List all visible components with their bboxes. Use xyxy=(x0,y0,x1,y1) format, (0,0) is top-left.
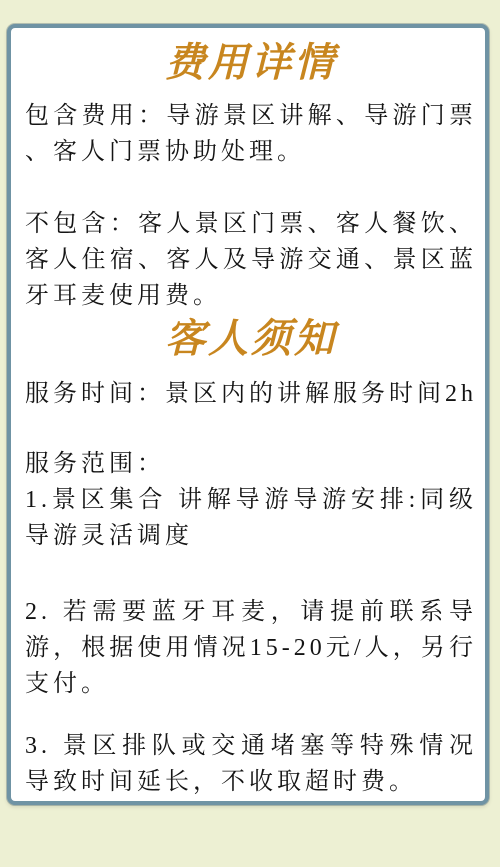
fees-included-paragraph: 包含费用：导游景区讲解、导游门票、客人门票协助处理。 xyxy=(25,98,477,170)
page-background: 费用详情 包含费用：导游景区讲解、导游门票、客人门票协助处理。 不包含：客人景区… xyxy=(0,0,500,867)
bluetooth-headset-paragraph: 2. 若需要蓝牙耳麦，请提前联系导游，根据使用情况15-20元/人，另行支付。 xyxy=(25,594,477,702)
service-time-paragraph: 服务时间：景区内的讲解服务时间2h xyxy=(25,376,477,412)
section-title-fees: 费用详情 xyxy=(25,40,477,86)
service-scope-paragraph: 服务范围： 1.景区集合 讲解导游导游安排:同级导游灵活调度 xyxy=(25,446,477,554)
fees-excluded-paragraph: 不包含：客人景区门票、客人餐饮、客人住宿、客人及导游交通、景区蓝牙耳麦使用费。 xyxy=(25,206,477,314)
info-card: 费用详情 包含费用：导游景区讲解、导游门票、客人门票协助处理。 不包含：客人景区… xyxy=(7,24,489,805)
section-title-guest-notice: 客人须知 xyxy=(25,316,477,362)
overtime-paragraph: 3. 景区排队或交通堵塞等特殊情况导致时间延长，不收取超时费。 xyxy=(25,728,477,800)
